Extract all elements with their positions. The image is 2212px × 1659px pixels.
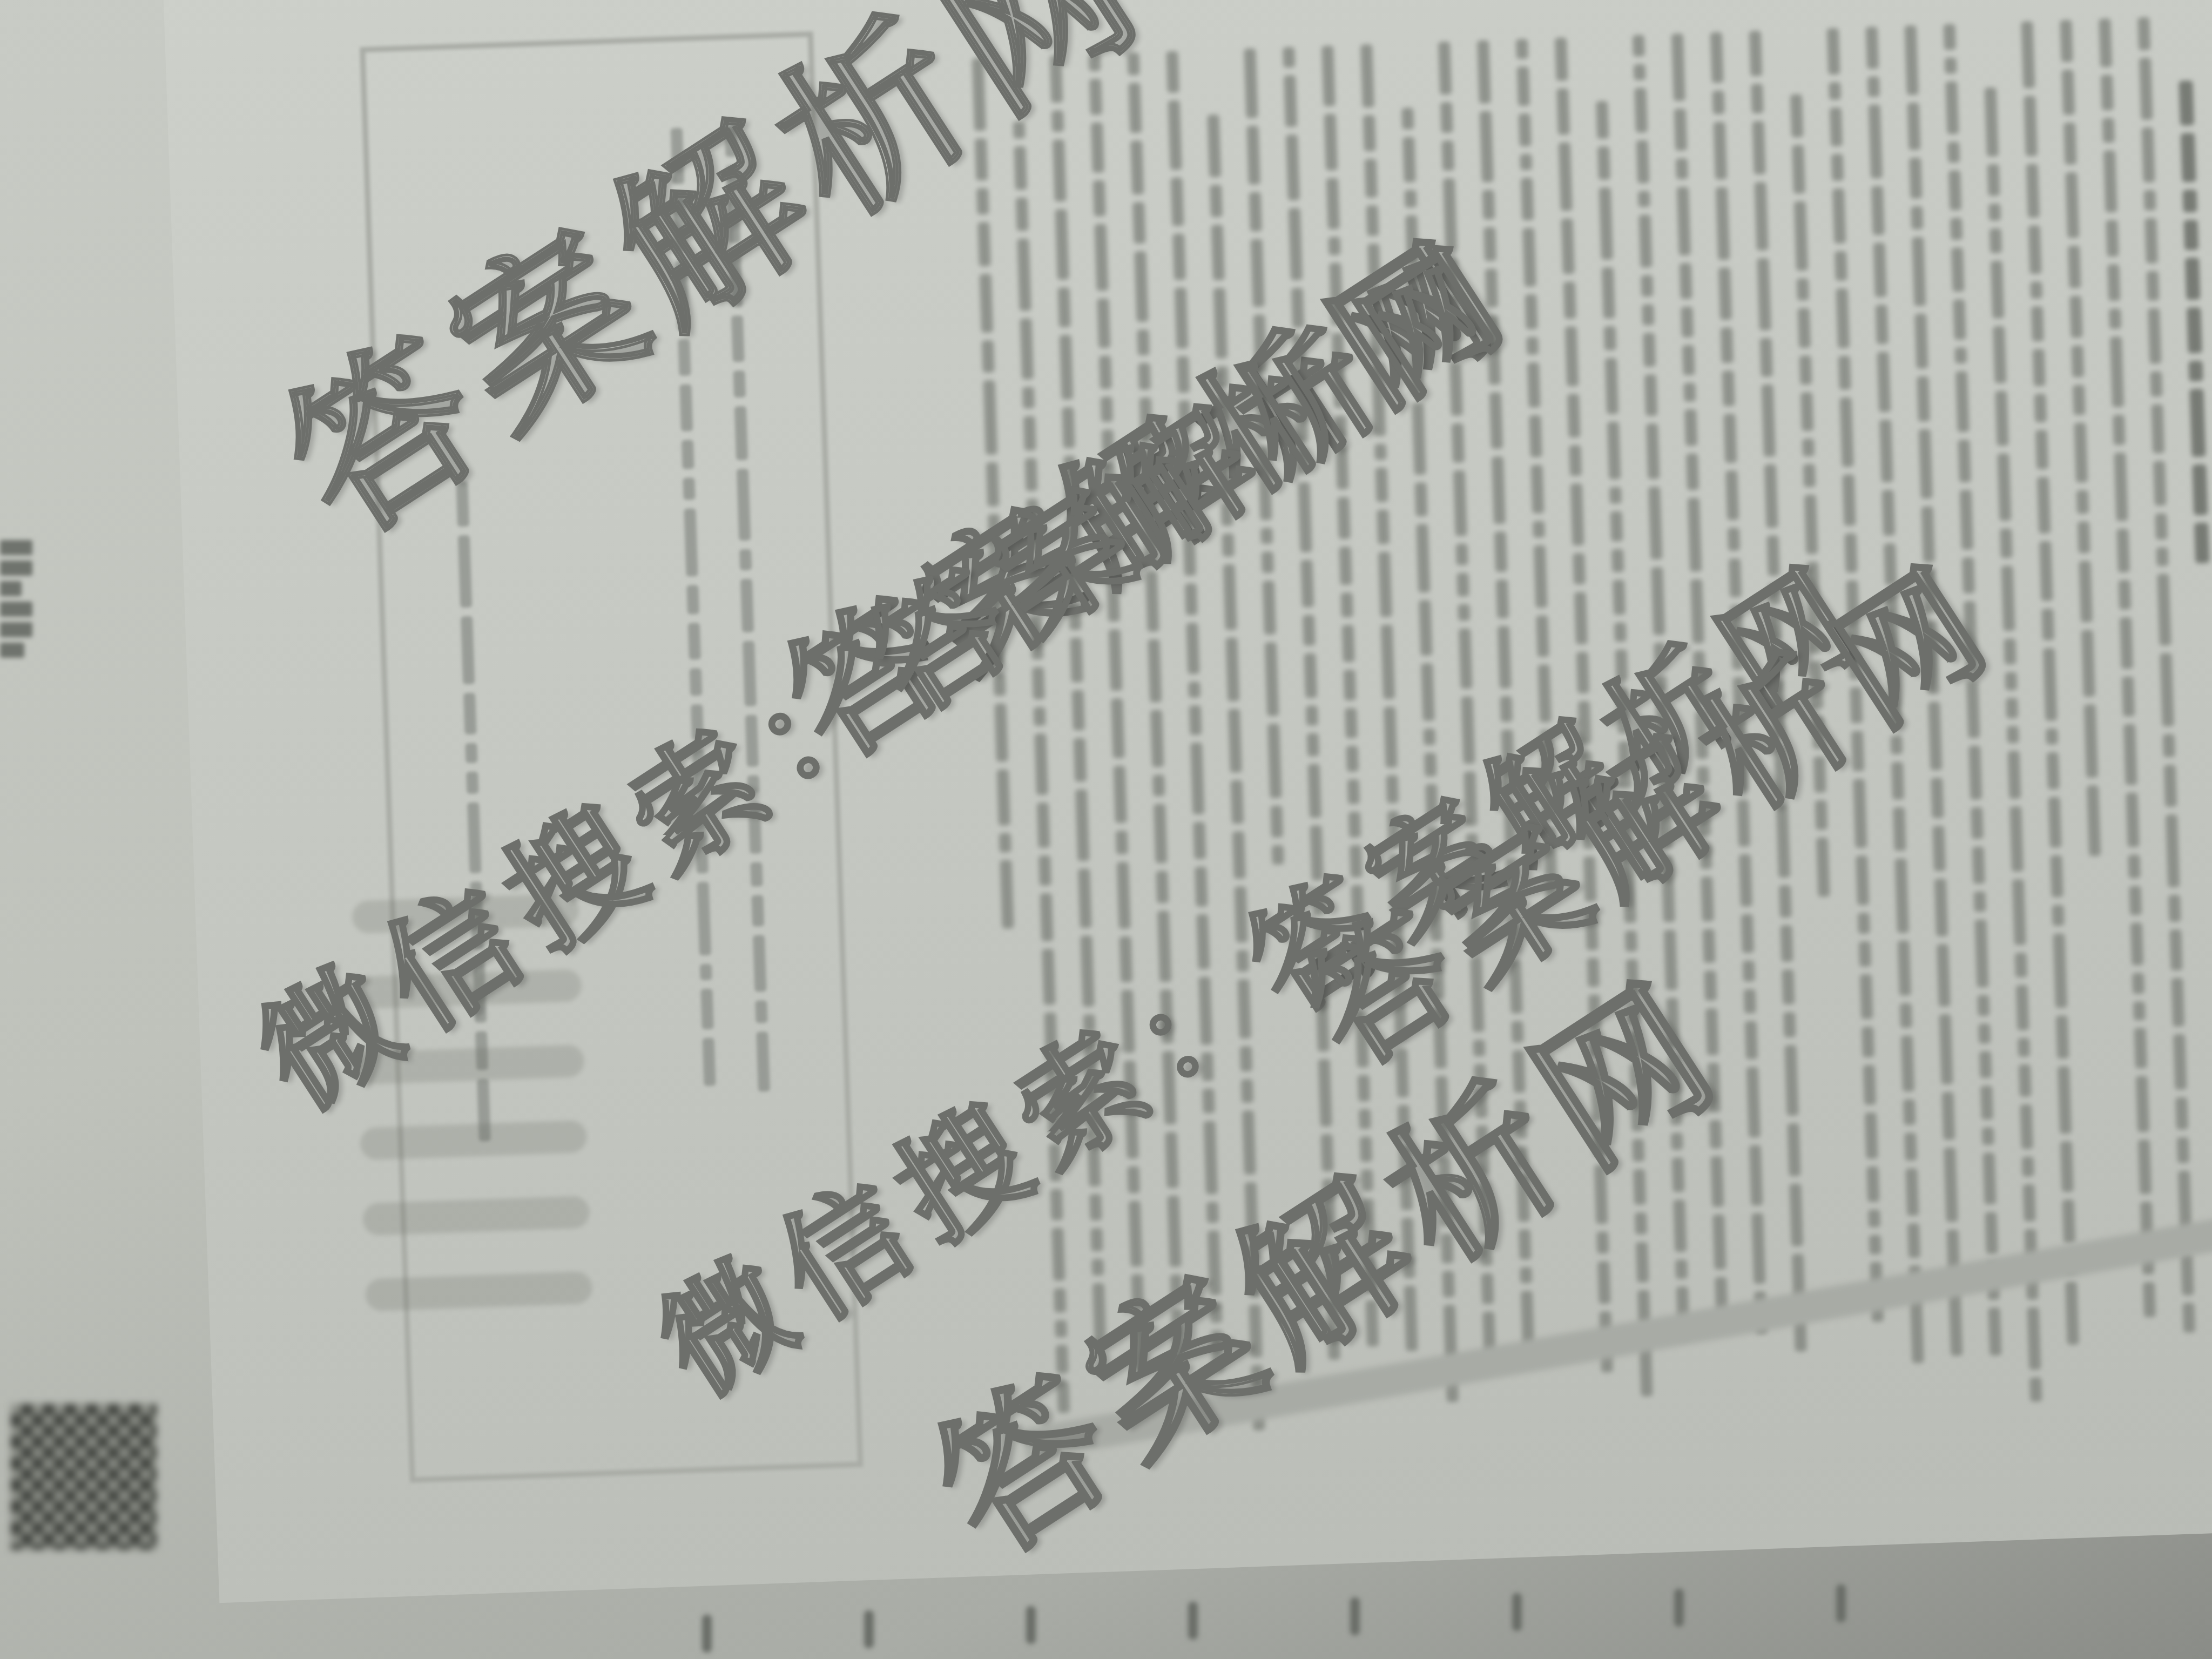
blurred-word — [1458, 604, 1470, 621]
blurred-word — [1865, 26, 1879, 69]
blurred-word — [1438, 42, 1452, 95]
blurred-word — [1016, 197, 1029, 231]
blurred-word — [1800, 392, 1813, 431]
blurred-word — [733, 370, 746, 398]
blurred-word — [2179, 80, 2194, 126]
blurred-word — [1534, 545, 1548, 608]
blurred-word — [1866, 1166, 1879, 1202]
blurred-word — [2187, 307, 2202, 354]
blurred-word — [1128, 83, 1142, 133]
blurred-word — [1931, 778, 1944, 819]
blurred-word — [2175, 1097, 2188, 1130]
blurred-word — [1416, 524, 1430, 593]
blurred-word — [1634, 64, 1646, 80]
blurred-word — [2019, 1064, 2032, 1097]
blurred-word — [2137, 17, 2150, 51]
blurred-word — [2012, 879, 2026, 946]
blurred-word — [1492, 456, 1506, 524]
blurred-word — [1912, 237, 1926, 306]
blurred-word — [1827, 28, 1840, 75]
blurred-word — [1797, 278, 1809, 301]
blurred-word — [2030, 281, 2042, 299]
blurred-word — [1189, 705, 1202, 736]
blurred-word — [1863, 1065, 1877, 1105]
blurred-word — [2079, 561, 2093, 623]
blurred-word — [1911, 206, 1923, 230]
blurred-word — [1988, 203, 2001, 221]
blurred-word — [1858, 913, 1870, 934]
blurred-word — [2109, 308, 2121, 329]
blurred-word — [734, 406, 748, 461]
blurred-word — [2056, 1015, 2069, 1059]
blurred-word — [2156, 547, 2168, 567]
blurred-word — [1987, 164, 2000, 197]
blurred-word — [1712, 90, 1725, 114]
blurred-word — [2136, 1076, 2150, 1132]
blurred-word — [1093, 180, 1106, 217]
blurred-word — [1941, 1092, 1955, 1141]
blurred-word — [2116, 529, 2130, 573]
blurred-word — [1071, 690, 1085, 731]
blurred-word — [1051, 1228, 1065, 1281]
blurred-word — [1752, 121, 1765, 175]
blurred-word — [2022, 1156, 2034, 1177]
blurred-word — [2107, 264, 2120, 301]
blurred-word — [1381, 624, 1395, 699]
blurred-word — [1710, 1156, 1724, 1208]
blurred-word — [1900, 1003, 1913, 1028]
blurred-word — [1644, 374, 1658, 416]
blurred-word — [1225, 637, 1239, 702]
blurred-word — [2134, 1028, 2147, 1069]
blurred-word — [1982, 1127, 1994, 1145]
blurred-word — [1782, 969, 1795, 1005]
blurred-word — [1555, 37, 1568, 81]
blurred-word — [1455, 543, 1468, 565]
blurred-word — [1718, 267, 1732, 320]
blurred-word — [1172, 233, 1186, 280]
blurred-word — [465, 743, 477, 764]
blurred-word — [1339, 547, 1352, 585]
blurred-word — [2147, 271, 2160, 301]
blurred-word — [1635, 1212, 1647, 1235]
blurred-word — [1939, 1014, 1953, 1085]
blurred-word — [1995, 390, 2009, 446]
blurred-word — [1802, 439, 1815, 457]
blurred-word — [1704, 970, 1717, 1001]
blurred-word — [1604, 326, 1617, 350]
blurred-word — [2148, 308, 2162, 364]
blurred-word — [1375, 467, 1388, 502]
blurred-word — [2009, 806, 2024, 872]
blurred-word — [1477, 40, 1491, 104]
blurred-word — [2114, 453, 2128, 522]
blurred-word — [2128, 854, 2141, 879]
blurred-word — [2065, 1282, 2079, 1345]
blurred-word — [1574, 592, 1588, 645]
blurred-word — [1148, 639, 1162, 703]
blurred-word — [1677, 187, 1691, 256]
blurred-word — [1943, 24, 1956, 50]
blurred-word — [1340, 592, 1353, 618]
blurred-word — [1097, 298, 1110, 348]
blurred-word — [739, 549, 752, 571]
blurred-word — [1343, 670, 1356, 701]
blurred-word — [1152, 774, 1165, 797]
blurred-word — [2150, 371, 2163, 397]
blurred-word — [2113, 415, 2126, 446]
blurred-word — [1190, 743, 1205, 815]
blurred-word — [2183, 220, 2198, 251]
blurred-word — [1090, 1228, 1103, 1252]
blurred-word — [2065, 172, 2079, 238]
blurred-word — [1057, 287, 1071, 328]
blurred-word — [1055, 209, 1069, 280]
blurred-word — [1596, 1231, 1609, 1254]
blurred-word — [2037, 477, 2051, 534]
blurred-word — [1792, 145, 1805, 194]
blurred-word — [1611, 549, 1624, 572]
blurred-word — [1563, 281, 1576, 319]
blurred-word — [2173, 1034, 2187, 1090]
blurred-word — [1950, 218, 1963, 240]
blurred-word — [2169, 929, 2183, 971]
blurred-word — [1602, 267, 1615, 319]
blurred-word — [1779, 885, 1792, 918]
blurred-word — [1130, 140, 1144, 195]
blurred-word — [1985, 87, 1999, 157]
blurred-word — [2157, 574, 2171, 646]
blurred-word — [1516, 39, 1528, 59]
blurred-word — [1527, 362, 1541, 408]
blurred-word — [2143, 190, 2156, 211]
blurred-word — [1904, 1132, 1917, 1161]
blurred-word — [1754, 182, 1768, 251]
blurred-word — [2129, 886, 2142, 915]
blurred-word — [1638, 214, 1652, 268]
edge-mark — [1026, 1606, 1036, 1644]
blurred-word — [2087, 785, 2101, 857]
qr-code — [11, 1404, 157, 1550]
blurred-word — [1633, 35, 1645, 57]
blurred-word — [1232, 831, 1246, 879]
blurred-word — [2007, 751, 2021, 799]
blurred-word — [1452, 423, 1465, 463]
blurred-word — [1522, 228, 1536, 287]
blurred-word — [2133, 1001, 2146, 1021]
blurred-word — [1951, 247, 1965, 292]
blurred-word — [1556, 88, 1570, 135]
blurred-word — [1117, 862, 1131, 929]
blurred-word — [1799, 355, 1812, 385]
blurred-word — [1680, 263, 1692, 300]
blurred-word — [1959, 490, 1973, 550]
blurred-word — [982, 340, 995, 373]
blurred-word — [1937, 944, 1951, 1007]
blurred-word — [1974, 919, 1988, 988]
blurred-word — [2074, 422, 2088, 483]
blurred-word — [1337, 497, 1351, 539]
blurred-word — [1185, 583, 1198, 616]
blurred-word — [1596, 101, 1609, 139]
blurred-word — [1246, 125, 1260, 185]
blurred-word — [1360, 44, 1374, 108]
blurred-word — [1917, 376, 1930, 422]
blurred-word — [1968, 745, 1982, 800]
blurred-word — [1134, 251, 1149, 322]
blurred-word — [1955, 371, 1970, 433]
blurred-word — [1877, 352, 1891, 413]
blurred-word — [2034, 394, 2047, 423]
blurred-word — [1751, 84, 1764, 114]
blurred-word — [1901, 1035, 1915, 1092]
blurred-word — [1346, 746, 1359, 772]
blurred-word — [1137, 329, 1150, 356]
blurred-word — [2132, 973, 2144, 994]
blurred-word — [2182, 1303, 2195, 1333]
blurred-word — [1156, 871, 1169, 903]
blurred-word — [1401, 107, 1414, 130]
blurred-word — [1642, 304, 1654, 326]
blurred-word — [700, 989, 714, 1030]
blurred-word — [2050, 855, 2063, 898]
blurred-word — [2081, 630, 2095, 697]
edge-mark — [1674, 1589, 1684, 1627]
blurred-word — [2007, 726, 2019, 744]
blurred-word — [1919, 429, 1933, 499]
blurred-word — [1909, 158, 1923, 199]
blurred-word — [1867, 76, 1880, 97]
blurred-word — [1759, 338, 1772, 377]
blurred-word — [2166, 814, 2180, 888]
blurred-word — [1980, 1085, 1993, 1120]
blurred-word — [1414, 482, 1427, 517]
blurred-word — [2014, 953, 2027, 978]
blurred-word — [1745, 1021, 1758, 1060]
blurred-word — [2138, 1139, 2152, 1195]
blurred-word — [2047, 752, 2060, 790]
blurred-word — [977, 222, 991, 267]
blurred-word — [2063, 123, 2077, 165]
blurred-word — [1116, 831, 1129, 855]
blurred-word — [2177, 1137, 2190, 1163]
blurred-word — [1721, 327, 1734, 363]
blurred-word — [2143, 1282, 2156, 1318]
blurred-word — [1038, 855, 1051, 886]
blurred-word — [1751, 1213, 1766, 1284]
blurred-word — [1423, 729, 1435, 746]
blurred-word — [1803, 464, 1816, 488]
blurred-word — [2027, 1307, 2041, 1370]
blurred-word — [1188, 682, 1201, 698]
blurred-word — [1307, 764, 1321, 818]
blurred-word — [1440, 102, 1453, 133]
blurred-word — [1953, 299, 1966, 340]
blurred-word — [1991, 260, 2005, 319]
blurred-word — [1441, 140, 1454, 171]
blurred-word — [1561, 218, 1575, 274]
blurred-word — [2020, 1104, 2033, 1149]
blurred-word — [1249, 192, 1262, 232]
blurred-word — [756, 1031, 770, 1092]
blurred-word — [1597, 146, 1610, 180]
blurred-word — [2039, 541, 2053, 602]
blurred-word — [1263, 581, 1276, 635]
blurred-word — [1519, 113, 1532, 147]
blurred-word — [1978, 1023, 1991, 1044]
blurred-word — [2130, 922, 2144, 966]
blurred-word — [1456, 572, 1469, 597]
blurred-word — [1868, 104, 1883, 179]
blurred-word — [1862, 1027, 1874, 1058]
blurred-word — [1839, 397, 1853, 467]
blurred-word — [2123, 724, 2137, 785]
blurred-word — [1904, 25, 1918, 96]
blurred-word — [1873, 242, 1887, 298]
blurred-word — [1154, 804, 1168, 864]
blurred-word — [1000, 860, 1014, 929]
blurred-word — [2035, 430, 2049, 470]
blurred-word — [1997, 453, 2011, 521]
blurred-word — [2026, 164, 2039, 218]
blurred-word — [2024, 96, 2038, 157]
blurred-word — [1599, 187, 1614, 260]
blurred-word — [1363, 115, 1376, 152]
blurred-word — [2168, 895, 2181, 922]
blurred-word — [1954, 347, 1967, 364]
blurred-word — [1520, 154, 1532, 171]
blurred-word — [2122, 676, 2135, 717]
blurred-word — [1993, 326, 2007, 383]
blurred-word — [1790, 94, 1804, 138]
blurred-word — [2083, 704, 2098, 778]
blurred-word — [1675, 1259, 1688, 1279]
blurred-word — [1783, 1012, 1796, 1038]
blurred-word — [688, 623, 701, 660]
blurred-word — [1979, 1051, 1992, 1078]
blurred-word — [1894, 858, 1909, 933]
blurred-word — [1948, 170, 1962, 211]
blurred-word — [2032, 349, 2045, 387]
blurred-word — [1891, 761, 1904, 800]
blurred-word — [2118, 580, 2131, 610]
blurred-word — [1170, 177, 1184, 226]
blurred-word — [2021, 21, 2035, 89]
blurred-word — [1150, 710, 1164, 767]
blurred-word — [1868, 1209, 1880, 1228]
edge-mark — [1836, 1584, 1846, 1622]
blurred-word — [1972, 846, 1985, 884]
blurred-word — [755, 1000, 767, 1023]
blurred-word — [1605, 358, 1619, 414]
blurred-word — [1958, 440, 1971, 483]
blurred-word — [1040, 893, 1054, 942]
blurred-word — [1094, 224, 1108, 291]
blurred-word — [1402, 137, 1416, 183]
blurred-word — [1914, 313, 1928, 369]
edge-mark — [864, 1610, 874, 1648]
blurred-word — [1300, 559, 1314, 608]
blurred-word — [1934, 879, 1948, 937]
blurred-word — [1688, 497, 1702, 572]
blurred-word — [1078, 868, 1092, 928]
blurred-word — [1517, 66, 1530, 106]
blurred-word — [1641, 275, 1653, 297]
blurred-word — [2189, 389, 2206, 457]
blurred-word — [2062, 1199, 2075, 1244]
blurred-word — [1757, 258, 1771, 331]
blurred-word — [1816, 837, 1830, 897]
blurred-word — [1749, 31, 1763, 77]
blurred-word — [1034, 733, 1048, 795]
blurred-word — [1879, 420, 1893, 483]
blurred-word — [1113, 766, 1127, 824]
blurred-word — [1342, 625, 1355, 663]
blurred-word — [1842, 474, 1856, 526]
blurred-word — [2141, 127, 2155, 183]
blurred-word — [1869, 1235, 1881, 1255]
blurred-word — [1244, 48, 1258, 118]
blurred-word — [1267, 724, 1282, 799]
blurred-word — [1132, 202, 1146, 244]
blurred-word — [979, 274, 993, 333]
blurred-word — [1265, 642, 1279, 717]
blurred-word — [2052, 905, 2064, 926]
blurred-word — [1530, 464, 1544, 514]
blurred-word — [1977, 995, 1990, 1016]
blurred-word — [1483, 227, 1496, 261]
blurred-word — [1186, 623, 1199, 675]
blurred-word — [2160, 653, 2174, 727]
blurred-word — [1610, 511, 1623, 542]
blurred-word — [1022, 387, 1035, 409]
blurred-word — [1613, 579, 1626, 615]
blurred-word — [1831, 154, 1844, 181]
blurred-word — [1037, 802, 1050, 848]
blurred-word — [2163, 765, 2177, 807]
blurred-word — [1459, 628, 1473, 689]
blurred-word — [1482, 190, 1495, 220]
blurred-word — [1764, 464, 1778, 528]
blurred-word — [2028, 225, 2041, 274]
blurred-word — [1453, 470, 1467, 536]
blurred-word — [1948, 1290, 1963, 1356]
blurred-word — [1838, 355, 1851, 390]
blurred-word — [2078, 521, 2090, 554]
blurred-word — [994, 703, 1008, 762]
blurred-word — [1111, 698, 1125, 759]
blurred-word — [1988, 1307, 2001, 1356]
blurred-word — [2029, 1377, 2042, 1402]
blurred-word — [2076, 490, 2089, 514]
blurred-word — [1713, 122, 1727, 180]
blurred-word — [2101, 75, 2114, 111]
blurred-word — [1749, 1145, 1763, 1206]
blurred-word — [1089, 1194, 1102, 1221]
blurred-word — [1109, 629, 1123, 691]
blurred-word — [700, 964, 712, 981]
blurred-word — [2120, 617, 2133, 669]
blurred-word — [1306, 705, 1318, 726]
blurred-word — [682, 440, 694, 469]
blurred-word — [2181, 1252, 2194, 1296]
blurred-word — [2110, 336, 2125, 408]
blurred-word — [2171, 978, 2184, 1027]
blurred-word — [1907, 1223, 1920, 1258]
blurred-word — [1905, 1168, 1919, 1216]
blurred-word — [1567, 394, 1581, 438]
blurred-word — [1533, 521, 1545, 538]
